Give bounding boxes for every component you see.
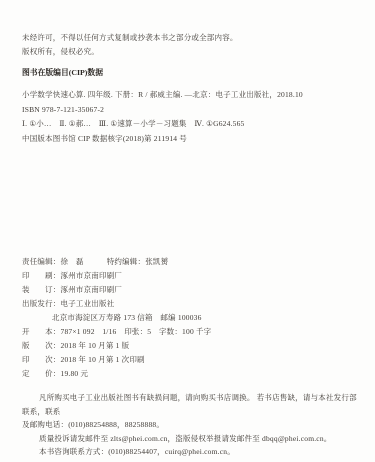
format-line: 开 本：787×1 092 1/16 印张：5 字数：100 千字 [22, 325, 359, 339]
price-line: 定 价：19.80 元 [22, 367, 359, 381]
notice-line-1: 未经许可，不得以任何方式复制或抄袭本书之部分或全部内容。 [22, 31, 359, 45]
cip-record-number: 中国版本图书馆 CIP 数据核字(2018)第 211914 号 [22, 132, 359, 147]
copyright-page: 未经许可，不得以任何方式复制或抄袭本书之部分或全部内容。 版权所有，侵权必究。 … [0, 0, 375, 462]
publisher-address: 北京市海淀区万寿路 173 信箱 邮编 100036 [22, 311, 359, 325]
cip-classification: Ⅰ. ①小… Ⅱ. ①郝… Ⅲ. ①速算－小学－习题集 Ⅳ. ①G624.565 [22, 117, 359, 132]
cip-data-block: 小学数学快速心算. 四年级. 下册：R / 郝威主编. —北京：电子工业出版社，… [22, 88, 359, 146]
service-line-2: 及邮购电话：(010)88254888，88258888。 [22, 418, 359, 432]
cip-description: 小学数学快速心算. 四年级. 下册：R / 郝威主编. —北京：电子工业出版社，… [22, 88, 359, 103]
printer-line: 印 刷：涿州市京南印刷厂 [22, 269, 359, 283]
blank-gap [22, 146, 359, 255]
page-content: 未经许可，不得以任何方式复制或抄袭本书之部分或全部内容。 版权所有，侵权必究。 … [22, 31, 359, 459]
editors-line: 责任编辑：徐 磊 特约编辑：张凯赟 [22, 255, 359, 269]
copyright-notice: 未经许可，不得以任何方式复制或抄袭本书之部分或全部内容。 版权所有，侵权必究。 [22, 31, 359, 59]
impression-line: 印 次：2018 年 10 月第 1 次印刷 [22, 353, 359, 367]
service-notes: 凡所购买电子工业出版社图书有缺损问题，请向购买书店调换。 若书店售缺，请与本社发… [22, 391, 359, 459]
notice-line-2: 版权所有，侵权必究。 [22, 45, 359, 59]
edition-line: 版 次：2018 年 10 月第 1 版 [22, 339, 359, 353]
service-line-3: 质量投诉请发邮件至 zlts@phei.com.cn，盗版侵权举报请发邮件至 d… [22, 432, 359, 446]
imprint-block: 责任编辑：徐 磊 特约编辑：张凯赟 印 刷：涿州市京南印刷厂 装 订：涿州市京南… [22, 255, 359, 381]
cip-heading: 图书在版编目(CIP)数据 [22, 66, 359, 80]
binder-line: 装 订：涿州市京南印刷厂 [22, 283, 359, 297]
service-line-1: 凡所购买电子工业出版社图书有缺损问题，请向购买书店调换。 若书店售缺，请与本社发… [22, 391, 359, 418]
service-line-4: 本书咨询联系方式：(010)88254407，cuirq@phei.com.cn… [22, 445, 359, 459]
isbn-number: ISBN 978-7-121-35067-2 [22, 103, 359, 118]
publisher-line: 出版发行：电子工业出版社 [22, 297, 359, 311]
